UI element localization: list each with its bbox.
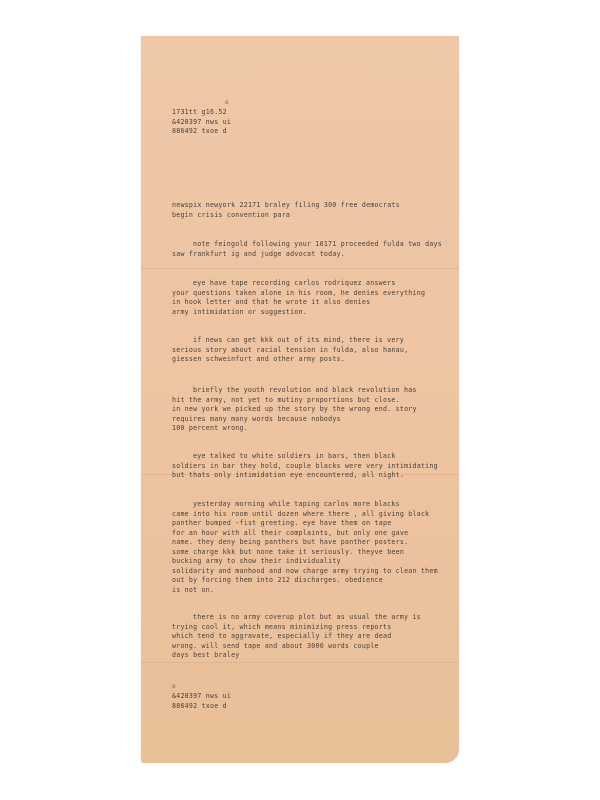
paragraph-4: briefly the youth revolution and black r…	[172, 386, 442, 434]
footer-mark: o	[172, 683, 176, 690]
header-code-line: &420397 nws ui	[172, 118, 442, 128]
header-codes: 1731tt g16.52 &420397 nws ui 886492 txoe…	[172, 108, 442, 137]
fold-crease	[141, 662, 459, 663]
header-code-line: 1731tt g16.52	[172, 108, 442, 118]
footer-code-line: &420397 nws ui	[172, 692, 442, 702]
paragraph-1: note feingold following your 10171 proce…	[172, 240, 442, 259]
paragraph-7: there is no army coverup plot but as usu…	[172, 613, 442, 661]
slug-line: newspix newyork 22171 braley filing 300 …	[172, 201, 442, 220]
fold-crease	[141, 268, 459, 269]
paragraph-5: eye talked to white soldiers in bars, th…	[172, 452, 442, 481]
footer-code-line: 886492 txoe d	[172, 702, 442, 712]
paragraph-3: if news can get kkk out of its mind, the…	[172, 336, 442, 365]
paragraph-6: yesterday morning while taping carlos mo…	[172, 500, 442, 595]
header-mark: o	[225, 99, 229, 106]
paragraph-2: eye have tape recording carlos rodriquez…	[172, 279, 442, 317]
footer-codes: &420397 nws ui 886492 txoe d	[172, 692, 442, 711]
header-code-line: 886492 txoe d	[172, 127, 442, 137]
